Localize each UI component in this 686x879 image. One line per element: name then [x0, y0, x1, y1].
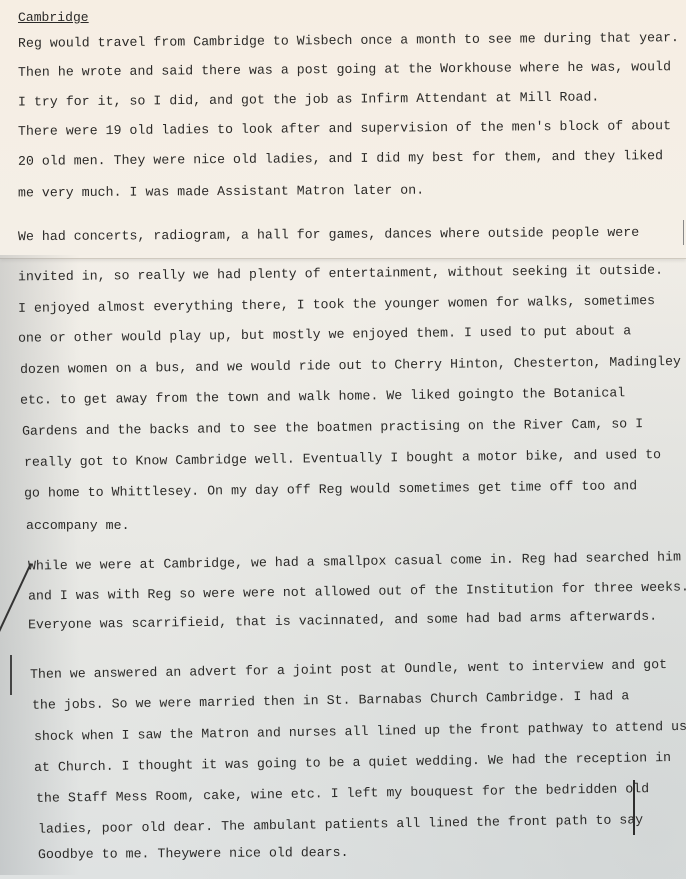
margin-pen-mark: [10, 655, 12, 695]
text-line: ladies, poor old dear. The ambulant pati…: [38, 812, 643, 837]
text-line: shock when I saw the Matron and nurses a…: [34, 719, 686, 744]
text-line: Then we answered an advert for a joint p…: [30, 657, 667, 682]
text-line: invited in, so really we had plenty of e…: [18, 263, 663, 285]
text-line: Everyone was scarrifieid, that is vacinn…: [28, 609, 657, 633]
section-heading: Cambridge: [18, 10, 89, 25]
text-line: and I was with Reg so were were not allo…: [28, 579, 686, 603]
text-line: While we were at Cambridge, we had a sma…: [28, 549, 681, 573]
text-line: I enjoyed almost everything there, I too…: [18, 293, 655, 316]
text-line: etc. to get away from the town and walk …: [20, 385, 625, 407]
margin-pen-mark: [633, 780, 635, 835]
text-line: at Church. I thought it was going to be …: [34, 750, 671, 775]
text-line: Goodbye to me. Theywere nice old dears.: [38, 845, 349, 862]
text-line: accompany me.: [26, 518, 130, 533]
text-line: one or other would play up, but mostly w…: [18, 323, 631, 345]
text-line: the Staff Mess Room, cake, wine etc. I l…: [36, 781, 649, 806]
text-line: me very much. I was made Assistant Matro…: [18, 183, 424, 201]
scanned-page: Cambridge Reg would travel from Cambridg…: [0, 0, 686, 879]
text-line: go home to Whittlesey. On my day off Reg…: [24, 478, 637, 500]
text-line: Gardens and the backs and to see the boa…: [22, 416, 643, 439]
text-line: the jobs. So we were married then in St.…: [32, 688, 629, 712]
sheet-edge-mark: [683, 220, 684, 245]
text-line: really got to Know Cambridge well. Event…: [24, 447, 661, 470]
text-line: dozen women on a bus, and we would ride …: [20, 354, 681, 377]
